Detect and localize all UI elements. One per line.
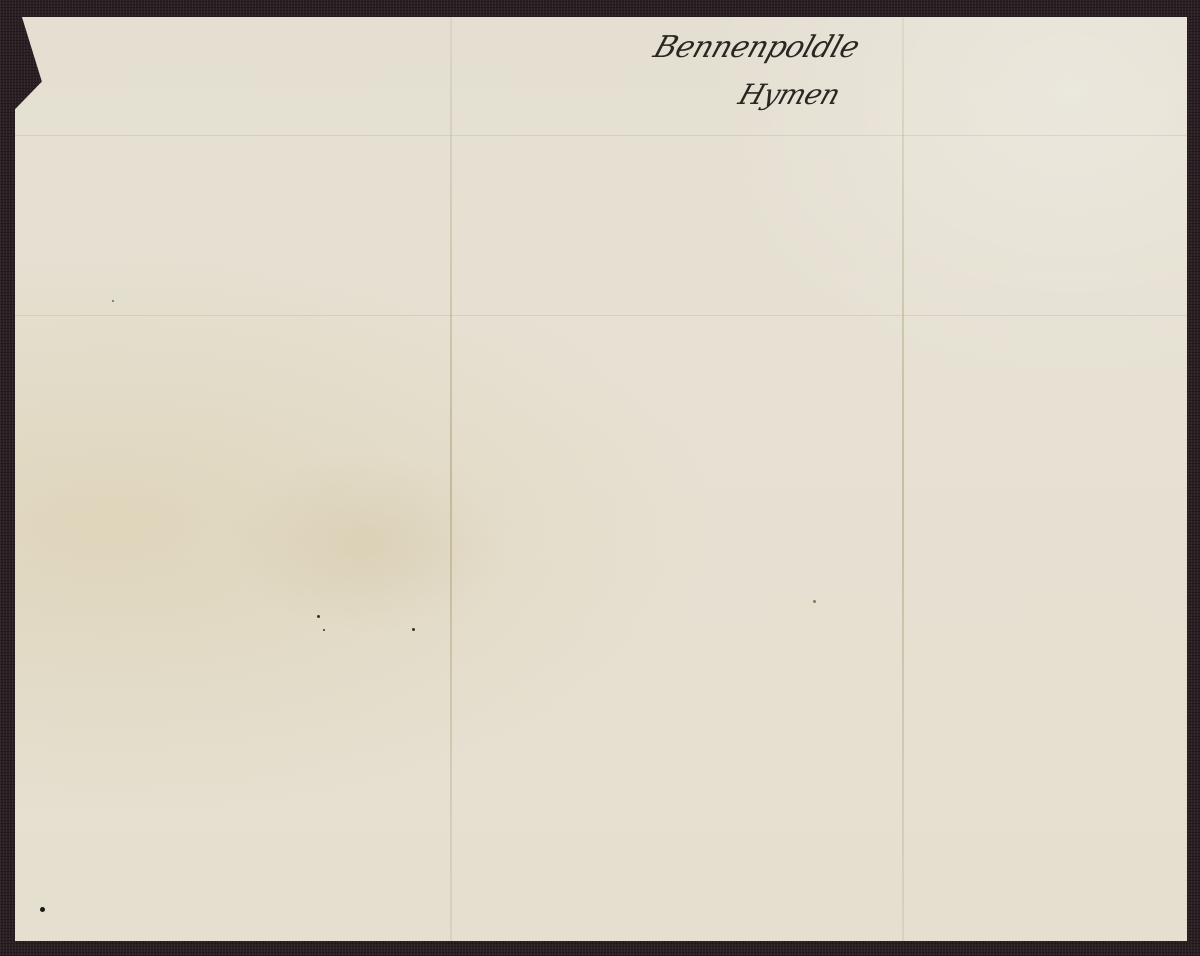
pinhole [40, 907, 45, 912]
handwritten-name-line1: Bennenpoldle [649, 30, 863, 65]
horizontal-crease-top [15, 135, 1187, 136]
vertical-fold-left [450, 17, 452, 941]
paper-sheet [15, 17, 1187, 941]
ink-speck [323, 629, 325, 631]
ink-speck [412, 628, 415, 631]
foxing-spot [813, 600, 816, 603]
horizontal-crease-middle [15, 315, 1187, 316]
vertical-fold-right [902, 17, 904, 941]
ink-speck [317, 615, 320, 618]
ink-speck [112, 300, 114, 302]
handwritten-name-line2: Hymen [735, 78, 845, 111]
